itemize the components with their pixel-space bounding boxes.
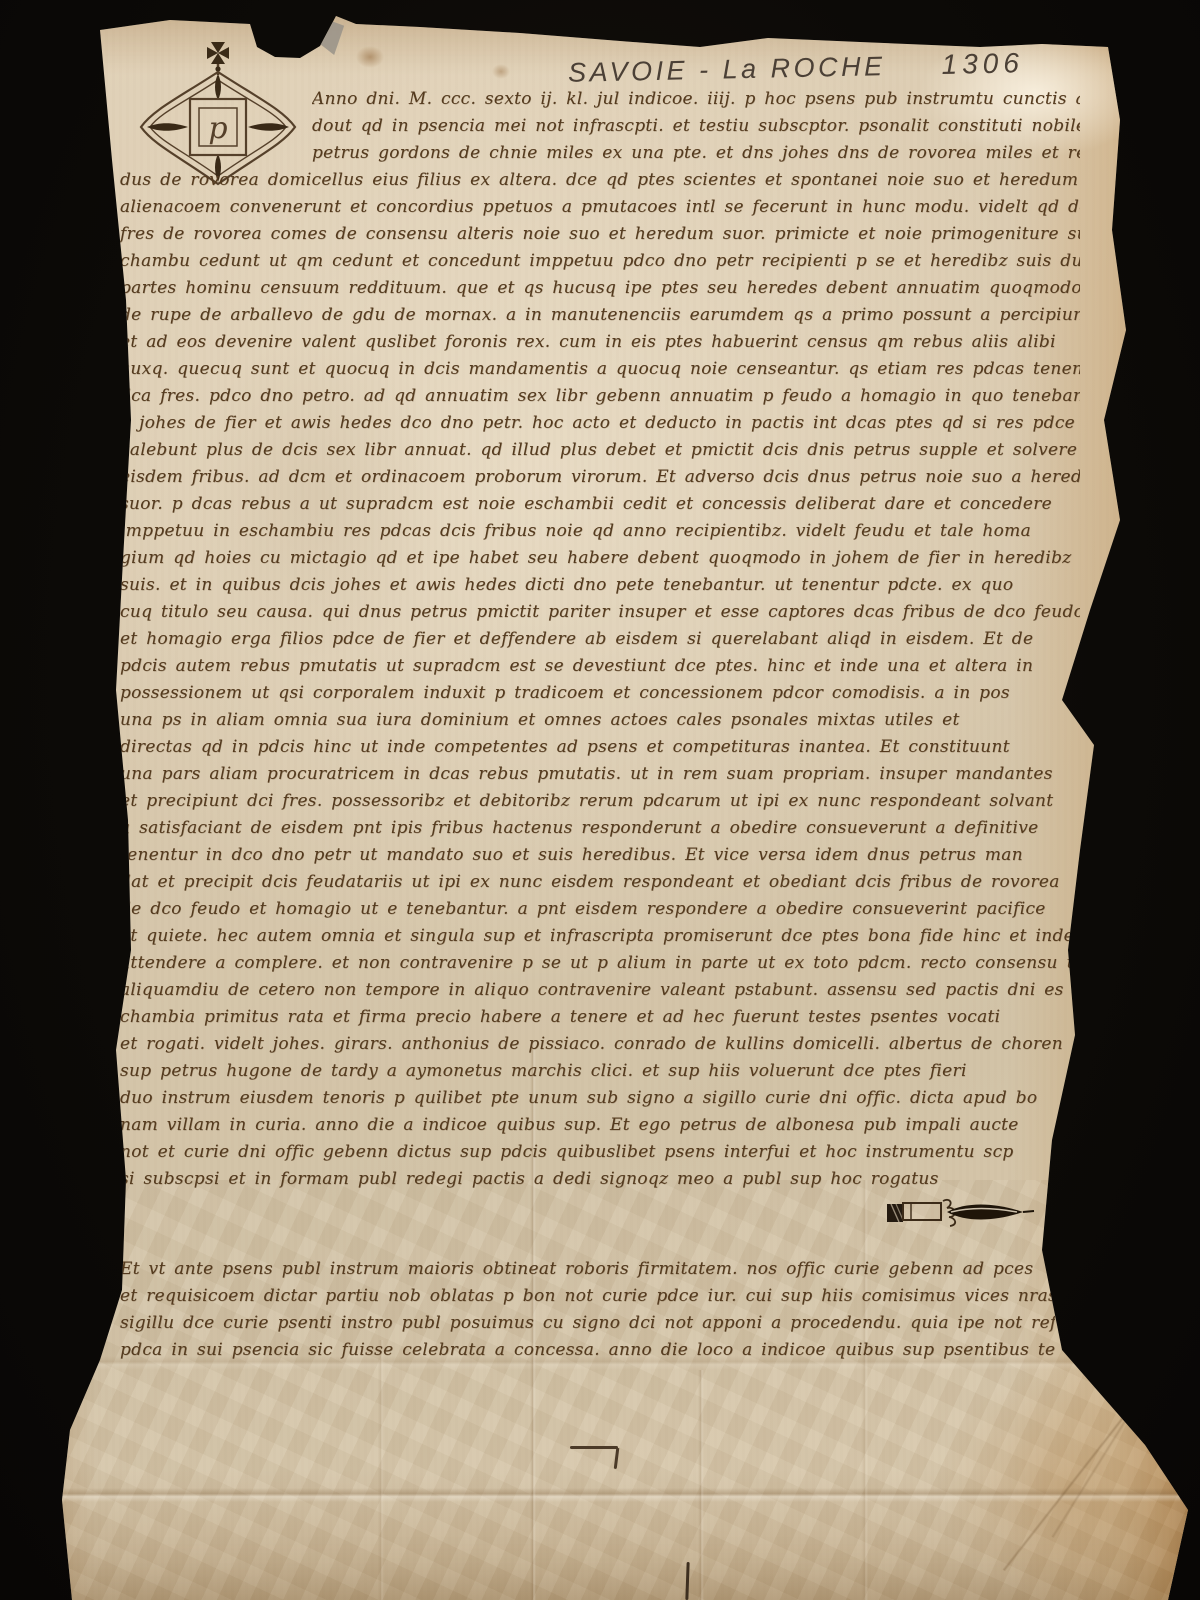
manuscript-line: petrus gordons de chnie miles ex una pte… bbox=[312, 140, 1080, 167]
manuscript-line: a johes de fier et awis hedes dco dno pe… bbox=[120, 410, 1080, 437]
manuscript-line: duo instrum eiusdem tenoris p quilibet p… bbox=[120, 1085, 1080, 1112]
archival-annotation: SAVOIE - La ROCHE 1306 bbox=[568, 47, 1024, 89]
manuscript-line: possessionem ut qsi corporalem induxit p… bbox=[120, 680, 1080, 707]
parchment-grain-texture bbox=[0, 0, 1200, 1600]
parchment-bottom-edge-tint bbox=[0, 1470, 1200, 1600]
manuscript-line: sup petrus hugone de tardy a aymonetus m… bbox=[120, 1058, 1080, 1085]
manuscript-line: cuq titulo seu causa. qui dnus petrus pm… bbox=[120, 599, 1080, 626]
wrinkle-crease bbox=[1051, 1282, 1200, 1539]
manuscript-line: valebunt plus de dcis sex libr annuat. q… bbox=[120, 437, 1080, 464]
manuscript-line: et rogati. videlt johes. girars. anthoni… bbox=[120, 1031, 1080, 1058]
manuscript-line: chambu cedunt ut qm cedunt et concedunt … bbox=[120, 248, 1080, 275]
manuscript-main-text: Anno dni. M. ccc. sexto ij. kl. jul indi… bbox=[120, 86, 1080, 1193]
fold-crease bbox=[862, 1180, 868, 1600]
manuscript-line: partes hominu censuum reddituum. que et … bbox=[120, 275, 1080, 302]
manuscript-line: suor. p dcas rebus a ut supradcm est noi… bbox=[120, 491, 1080, 518]
top-right-corner-highlight bbox=[920, 28, 1150, 158]
manuscript-line: fres de rovorea comes de consensu alteri… bbox=[120, 221, 1080, 248]
manuscript-line: una pars aliam procuratricem in dcas reb… bbox=[120, 761, 1080, 788]
manuscript-line: suis. et in quibus dcis johes et awis he… bbox=[120, 572, 1080, 599]
parchment-right-edge-tint bbox=[1010, 0, 1200, 1600]
manuscript-line: tenentur in dco dno petr ut mandato suo … bbox=[120, 842, 1080, 869]
manuscript-line: nam villam in curia. anno die a indicoe … bbox=[120, 1112, 1080, 1139]
manuscript-line: imppetuu in eschambiu res pdcas dcis fri… bbox=[120, 518, 1080, 545]
manuscript-line: eisdem fribus. ad dcm et ordinacoem prob… bbox=[120, 464, 1080, 491]
parchment-left-edge-tint bbox=[0, 0, 95, 1600]
manuscript-line: Anno dni. M. ccc. sexto ij. kl. jul indi… bbox=[312, 86, 1080, 113]
fold-crease bbox=[698, 1370, 704, 1600]
manuscript-line: pdcis autem rebus pmutatis ut supradcm e… bbox=[120, 653, 1080, 680]
age-stain bbox=[940, 1370, 1180, 1600]
cross-icon bbox=[207, 42, 229, 75]
manuscript-line: pdca in sui psencia sic fuisse celebrata… bbox=[120, 1337, 1055, 1364]
manuscript-line: dat et precipit dcis feudatariis ut ipi … bbox=[120, 869, 1080, 896]
ink-stain bbox=[356, 46, 384, 68]
manuscript-line: et quiete. hec autem omnia et singula su… bbox=[120, 923, 1080, 950]
manuscript-line: not et curie dni offic gebenn dictus sup… bbox=[120, 1139, 1080, 1166]
notary-letter: p bbox=[208, 111, 227, 146]
manuscript-line: et requisicoem dictar partiu nob oblatas… bbox=[120, 1283, 1055, 1310]
fold-crease bbox=[40, 1488, 1180, 1502]
bottom-slit bbox=[685, 1562, 689, 1600]
manuscript-line: sigillu dce curie psenti instro publ pos… bbox=[120, 1310, 1055, 1337]
manuscript-line: dca fres. pdco dno petro. ad qd annuatim… bbox=[120, 383, 1080, 410]
manuscript-line: et precipiunt dci fres. possessoribz et … bbox=[120, 788, 1080, 815]
fold-crease bbox=[40, 1356, 1180, 1370]
notarial-sign: p bbox=[133, 40, 303, 205]
torn-edge-flap bbox=[315, 18, 345, 56]
manuscript-line: aliquamdiu de cetero non tempore in aliq… bbox=[120, 977, 1080, 1004]
photograph-backdrop: SAVOIE - La ROCHE 1306 p Anno dni bbox=[0, 0, 1200, 1600]
manuscript-line: de rupe de arballevo de gdu de mornax. a… bbox=[120, 302, 1080, 329]
manuscript-line: et homagio erga filios pdce de fier et d… bbox=[120, 626, 1080, 653]
manuscript-line: et ad eos devenire valent quslibet foron… bbox=[120, 329, 1080, 356]
fold-crease bbox=[378, 1340, 384, 1600]
quill-pen-drawing bbox=[885, 1196, 1035, 1232]
ink-stain bbox=[492, 64, 510, 79]
fold-crease bbox=[530, 1040, 536, 1600]
annotation-year: 1306 bbox=[941, 47, 1024, 81]
manuscript-line: Et vt ante psens publ instrum maioris ob… bbox=[120, 1256, 1055, 1283]
manuscript-line: de dco feudo et homagio ut e tenebantur.… bbox=[120, 896, 1080, 923]
manuscript-closing-text: Et vt ante psens publ instrum maioris ob… bbox=[120, 1256, 1055, 1364]
manuscript-line: auxq. quecuq sunt et quocuq in dcis mand… bbox=[120, 356, 1080, 383]
seal-slit bbox=[570, 1446, 618, 1449]
manuscript-line: directas qd in pdcis hinc ut inde compet… bbox=[120, 734, 1080, 761]
parchment: SAVOIE - La ROCHE 1306 p Anno dni bbox=[0, 0, 1200, 1600]
seal-slit-tail bbox=[614, 1448, 620, 1469]
manuscript-line: attendere a complere. et non contravenir… bbox=[120, 950, 1080, 977]
manuscript-line: dout qd in psencia mei not infrascpti. e… bbox=[312, 113, 1080, 140]
manuscript-line: una ps in aliam omnia sua iura dominium … bbox=[120, 707, 1080, 734]
manuscript-line: si subscpsi et in formam publ redegi pac… bbox=[120, 1166, 1080, 1193]
crumple-texture bbox=[0, 1180, 1200, 1600]
annotation-region-label: SAVOIE - La ROCHE bbox=[568, 51, 886, 89]
age-stain bbox=[195, 330, 445, 660]
wrinkle-crease bbox=[1002, 1348, 1178, 1571]
manuscript-line: gium qd hoies cu mictagio qd et ipe habe… bbox=[120, 545, 1080, 572]
manuscript-line: a satisfaciant de eisdem pnt ipis fribus… bbox=[120, 815, 1080, 842]
ink-stain bbox=[1006, 12, 1040, 38]
manuscript-line: chambia primitus rata et firma precio ha… bbox=[120, 1004, 1080, 1031]
